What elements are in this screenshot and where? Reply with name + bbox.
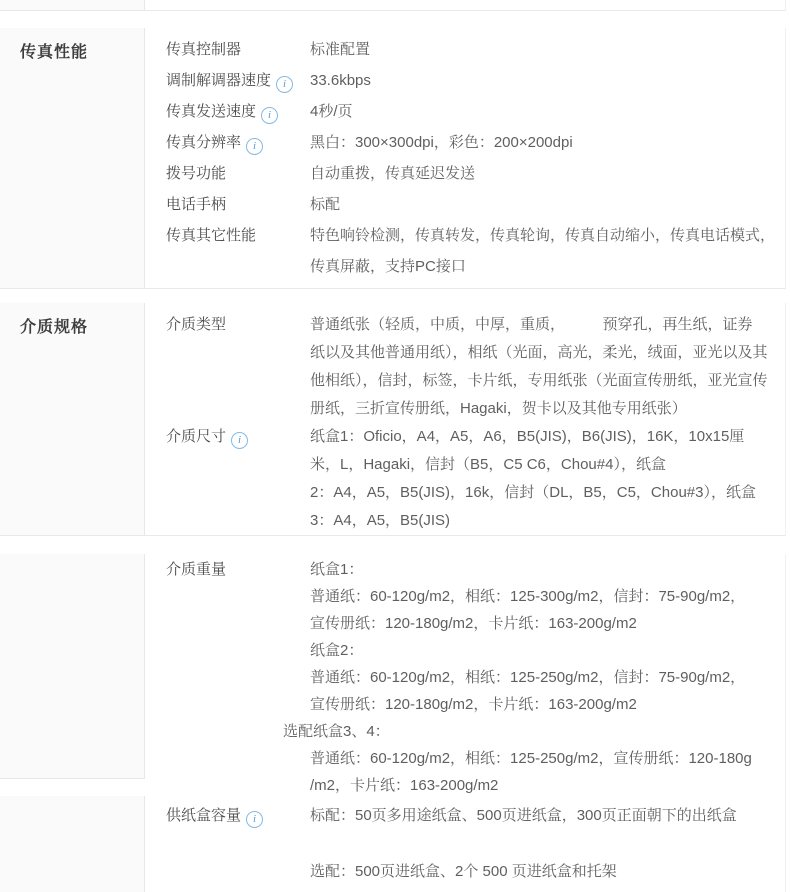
spec-value-line: 传真屏蔽，支持PC接口 xyxy=(310,251,763,282)
section-header-cell xyxy=(0,554,145,779)
section-media-spec: 介质规格 介质类型普通纸张（轻质，中质，中厚，重质， 预穿孔，再生纸，证券纸以及… xyxy=(0,303,786,536)
spec-label: 传真发送速度i xyxy=(166,96,310,127)
spec-label-text: 调制解调器速度 xyxy=(166,72,271,89)
section-fax-performance: 传真性能 传真控制器标准配置调制解调器速度i33.6kbps传真发送速度i4秒/… xyxy=(0,28,786,289)
spec-value: 纸盒1：普通纸：60-120g/m2，相纸：125-300g/m2，信封：75-… xyxy=(310,556,763,799)
spec-row: 传真控制器标准配置 xyxy=(166,34,619,65)
spec-value-line: 特色响铃检测，传真转发，传真轮询，传真自动缩小，传真电话模式， xyxy=(310,220,763,251)
spec-value-line: 宣传册纸：120-180g/m2，卡片纸：163-200g/m2 xyxy=(310,691,763,718)
spec-value-line: 宣传册纸：120-180g/m2，卡片纸：163-200g/m2 xyxy=(310,610,763,637)
section-rows: 供纸盒容量i标配：50页多用途纸盒、500页进纸盒，300页正面朝下的出纸盒选配… xyxy=(166,796,619,886)
spec-value-line: 普通纸：60-120g/m2，相纸：125-300g/m2，信封：75-90g/… xyxy=(310,583,763,610)
spec-value-line: 标配：50页多用途纸盒、500页进纸盒，300页正面朝下的出纸盒 xyxy=(310,802,763,830)
spec-row: 电话手柄标配 xyxy=(166,189,619,220)
spec-value-line: 册纸，三折宣传册纸，Hagaki，贺卡以及其他专用纸张） xyxy=(310,395,763,423)
spec-row: 介质类型普通纸张（轻质，中质，中厚，重质， 预穿孔，再生纸，证券纸以及其他普通用… xyxy=(166,311,619,423)
info-icon[interactable]: i xyxy=(246,138,263,155)
spec-value: 纸盒1：Oficio，A4，A5，A6，B5(JIS)，B6(JIS)，16K，… xyxy=(310,423,763,535)
section-header-cell: 传真性能 xyxy=(0,28,145,288)
spec-label: 调制解调器速度i xyxy=(166,65,310,96)
spec-row: 介质尺寸i纸盒1：Oficio，A4，A5，A6，B5(JIS)，B6(JIS)… xyxy=(166,423,619,535)
spec-label: 传真控制器 xyxy=(166,34,310,65)
spec-value-line: 普通纸：60-120g/m2，相纸：125-250g/m2，信封：75-90g/… xyxy=(310,664,763,691)
spec-value-line: 黑白：300×300dpi，彩色：200×200dpi xyxy=(310,127,763,158)
spec-label-text: 传真控制器 xyxy=(166,41,241,58)
spec-label-text: 介质尺寸 xyxy=(166,428,226,445)
spec-label-text: 传真其它性能 xyxy=(166,227,256,244)
spec-value: 33.6kbps xyxy=(310,65,763,96)
spec-value-line: 他相纸），信封，标签，卡片纸，专用纸张（光面宣传册纸，亚光宣传 xyxy=(310,367,763,395)
spec-value-line: 2：A4，A5，B5(JIS)，16k，信封（DL，B5，C5，Chou#3），… xyxy=(310,479,763,507)
spec-value-line: 标配 xyxy=(310,189,763,220)
spec-value: 4秒/页 xyxy=(310,96,763,127)
spec-value-line: 纸盒1：Oficio，A4，A5，A6，B5(JIS)，B6(JIS)，16K，… xyxy=(310,423,763,451)
spec-label-text: 介质重量 xyxy=(166,561,226,578)
spec-value-line: 3：A4，A5，B5(JIS) xyxy=(310,507,763,535)
spec-value-line: 选配纸盒3、4： xyxy=(283,718,763,745)
section-rows: 介质重量纸盒1：普通纸：60-120g/m2，相纸：125-300g/m2，信封… xyxy=(166,554,619,799)
spec-value-line: 普通纸张（轻质，中质，中厚，重质， 预穿孔，再生纸，证券 xyxy=(310,311,763,339)
spec-label-text: 电话手柄 xyxy=(166,196,226,213)
spec-value: 标配 xyxy=(310,189,763,220)
spec-value: 标配：50页多用途纸盒、500页进纸盒，300页正面朝下的出纸盒选配：500页进… xyxy=(310,802,763,886)
spec-value: 标准配置 xyxy=(310,34,763,65)
spec-value-line xyxy=(310,830,763,858)
spec-label: 传真分辨率i xyxy=(166,127,310,158)
spec-value-line: 选配：500页进纸盒、2个 500 页进纸盒和托架 xyxy=(310,858,763,886)
spec-label: 供纸盒容量i xyxy=(166,802,310,830)
section-rows: 介质类型普通纸张（轻质，中质，中厚，重质， 预穿孔，再生纸，证券纸以及其他普通用… xyxy=(166,303,619,535)
spec-label: 拨号功能 xyxy=(166,158,310,189)
info-icon[interactable]: i xyxy=(246,811,263,828)
spec-value-line: /m2，卡片纸：163-200g/m2 xyxy=(310,772,763,799)
spec-value: 黑白：300×300dpi，彩色：200×200dpi xyxy=(310,127,763,158)
section-title: 传真性能 xyxy=(0,28,144,62)
spec-value-line: 4秒/页 xyxy=(310,96,763,127)
spec-label: 介质重量 xyxy=(166,556,310,583)
spec-value: 自动重拨，传真延迟发送 xyxy=(310,158,763,189)
spec-value-line: 自动重拨，传真延迟发送 xyxy=(310,158,763,189)
spec-label-text: 传真分辨率 xyxy=(166,134,241,151)
spec-row: 拨号功能自动重拨，传真延迟发送 xyxy=(166,158,619,189)
section-title: 介质规格 xyxy=(0,303,144,337)
spec-label-text: 介质类型 xyxy=(166,316,226,333)
row-gap xyxy=(0,536,790,554)
spec-value-line: 米，L，Hagaki，信封（B5，C5 C6，Chou#4），纸盒 xyxy=(310,451,763,479)
spec-row: 供纸盒容量i标配：50页多用途纸盒、500页进纸盒，300页正面朝下的出纸盒选配… xyxy=(166,802,619,886)
spec-row: 传真发送速度i4秒/页 xyxy=(166,96,619,127)
section-media-weight: 介质重量纸盒1：普通纸：60-120g/m2，相纸：125-300g/m2，信封… xyxy=(0,554,786,796)
section-header-cell: 介质规格 xyxy=(0,303,145,535)
spec-label-text: 供纸盒容量 xyxy=(166,807,241,824)
info-icon[interactable]: i xyxy=(231,432,248,449)
spec-value-line: 普通纸：60-120g/m2，相纸：125-250g/m2，宣传册纸：120-1… xyxy=(310,745,763,772)
spec-label-text: 拨号功能 xyxy=(166,165,226,182)
spec-value-line: 纸盒1： xyxy=(310,556,763,583)
spec-label: 介质尺寸i xyxy=(166,423,310,451)
spec-row: 调制解调器速度i33.6kbps xyxy=(166,65,619,96)
row-gap xyxy=(0,289,790,303)
section-tray-capacity: 供纸盒容量i标配：50页多用途纸盒、500页进纸盒，300页正面朝下的出纸盒选配… xyxy=(0,796,786,892)
section-rows: 传真控制器标准配置调制解调器速度i33.6kbps传真发送速度i4秒/页传真分辨… xyxy=(166,28,619,288)
spec-table-page: 传真性能 传真控制器标准配置调制解调器速度i33.6kbps传真发送速度i4秒/… xyxy=(0,0,790,892)
spec-label-text: 传真发送速度 xyxy=(166,103,256,120)
info-icon[interactable]: i xyxy=(261,107,278,124)
spec-row: 传真分辨率i黑白：300×300dpi，彩色：200×200dpi xyxy=(166,127,619,158)
spec-value-line: 纸盒2： xyxy=(310,637,763,664)
section-header-cell xyxy=(0,796,145,892)
info-icon[interactable]: i xyxy=(276,76,293,93)
section-header-cell xyxy=(0,0,145,10)
row-gap xyxy=(0,11,790,28)
spec-value-line: 纸以及其他普通用纸），相纸（光面，高光，柔光，绒面，亚光以及其 xyxy=(310,339,763,367)
spec-value: 普通纸张（轻质，中质，中厚，重质， 预穿孔，再生纸，证券纸以及其他普通用纸），相… xyxy=(310,311,763,423)
spec-row: 传真其它性能特色响铃检测，传真转发，传真轮询，传真自动缩小，传真电话模式，传真屏… xyxy=(166,220,619,282)
spec-value-line: 标准配置 xyxy=(310,34,763,65)
spec-value-line: 33.6kbps xyxy=(310,65,763,96)
spec-label: 电话手柄 xyxy=(166,189,310,220)
spec-label: 传真其它性能 xyxy=(166,220,310,251)
spec-value: 特色响铃检测，传真转发，传真轮询，传真自动缩小，传真电话模式，传真屏蔽，支持PC… xyxy=(310,220,763,282)
table-top-row-fragment xyxy=(0,0,786,11)
spec-label: 介质类型 xyxy=(166,311,310,339)
spec-row: 介质重量纸盒1：普通纸：60-120g/m2，相纸：125-300g/m2，信封… xyxy=(166,556,619,799)
